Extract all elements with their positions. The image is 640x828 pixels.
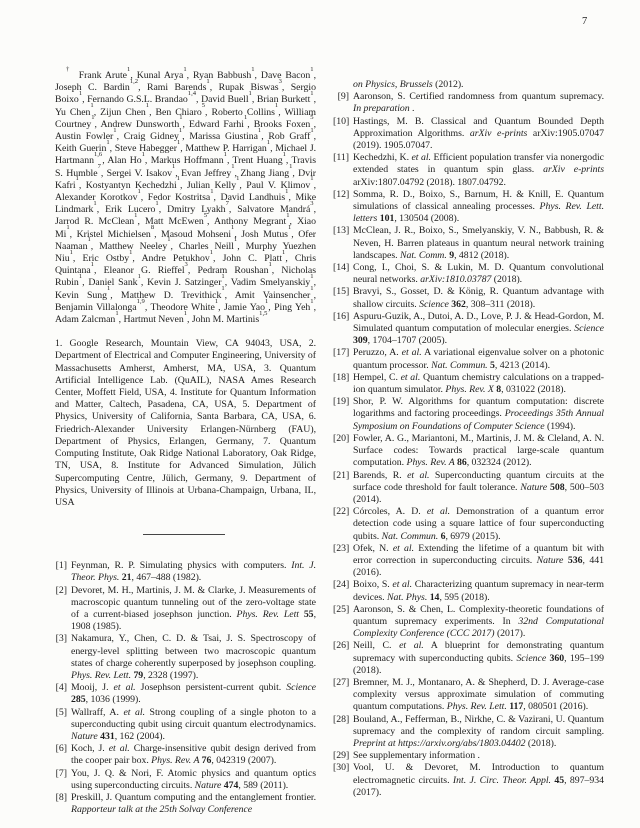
reference-label: [27] bbox=[333, 677, 349, 689]
italic-text: Phys. Rev. A bbox=[406, 457, 456, 468]
reference-label: [6] bbox=[51, 743, 67, 755]
reference-item: [4]Mooij, J. et al. Josephson persistent… bbox=[55, 682, 316, 706]
text: Aaronson, S. Certified randomness from q… bbox=[353, 91, 604, 102]
reference-label: [5] bbox=[51, 707, 67, 719]
text: arXiv:1807.04792 (2018). 1807.04792. bbox=[353, 177, 506, 188]
affiliation: 1. Google Research, Mountain View, CA 94… bbox=[55, 338, 309, 349]
author-affiliation-superscript: 1 bbox=[265, 298, 268, 305]
text: (2018). bbox=[491, 274, 522, 285]
author-affiliation-superscript: 1 bbox=[179, 127, 182, 134]
text: , 130504 (2008). bbox=[394, 213, 459, 224]
author: Sergei V. Isakov1, bbox=[107, 168, 181, 179]
author: Alexander Korotkov1, bbox=[55, 192, 148, 203]
author-affiliation-superscript: 1 bbox=[146, 102, 149, 109]
author-affiliation-superscript: 1 bbox=[310, 285, 313, 292]
italic-text: et al. bbox=[407, 470, 429, 481]
text: Peruzzo, A. bbox=[353, 347, 402, 358]
reference-item: [8]Preskill, J. Quantum computing and th… bbox=[55, 792, 316, 816]
text: Córcoles, A. D. bbox=[353, 506, 427, 517]
author-affiliation-superscript: 1 bbox=[283, 151, 286, 158]
author: Ping Yeh1, bbox=[274, 302, 316, 313]
reference-item: [11]Kechedzhi, K. et al. Efficient popul… bbox=[337, 152, 604, 189]
author-affiliation-superscript: 1 bbox=[310, 66, 313, 73]
author-affiliation-superscript: 1 bbox=[172, 163, 175, 170]
reference-item: [19]Shor, P. W. Algorithms for quantum c… bbox=[337, 396, 604, 433]
author: Vadim Smelyanskiy1, bbox=[231, 277, 316, 288]
italic-text: et al. bbox=[123, 707, 145, 718]
text: , 162 (2004). bbox=[115, 731, 165, 742]
reference-item: [25]Aaronson, S. & Chen, L. Complexity-t… bbox=[337, 604, 604, 641]
author: Brooks Foxen5, bbox=[254, 119, 316, 130]
italic-text: Science bbox=[574, 323, 604, 334]
author-affiliation-superscript: 1,4 bbox=[188, 90, 196, 97]
author-affiliation-superscript: 1 bbox=[288, 224, 291, 231]
reference-label: [19] bbox=[333, 396, 349, 408]
italic-text: arXiv e-prints bbox=[470, 128, 527, 139]
bold-text: 360 bbox=[550, 653, 565, 664]
author-affiliation-superscript: 1 bbox=[215, 298, 218, 305]
author-affiliation-superscript: 1,2 bbox=[130, 78, 138, 85]
text: , 080501 (2016). bbox=[523, 701, 588, 712]
reference-item: [23]Ofek, N. et al. Extending the lifeti… bbox=[337, 543, 604, 580]
text: , 595 (2018). bbox=[439, 592, 489, 603]
author: Rupak Biswas3, bbox=[219, 82, 291, 93]
author-affiliation-superscript: 1,5 bbox=[259, 310, 267, 317]
italic-text: et al. bbox=[399, 640, 424, 651]
author-affiliation-superscript: 3 bbox=[279, 78, 282, 85]
reference-label: [17] bbox=[333, 347, 349, 359]
reference-label: [2] bbox=[51, 585, 67, 597]
bold-text: 285 bbox=[71, 694, 86, 705]
author: John M. Martinis1,5 bbox=[192, 314, 268, 325]
author-affiliation-superscript: 1 bbox=[310, 175, 313, 182]
author-affiliation-superscript: 1 bbox=[282, 249, 285, 256]
reference-item: [6]Koch, J. et al. Charge-insensitive qu… bbox=[55, 743, 316, 767]
author: Roberto Collins1, bbox=[211, 107, 284, 118]
author-affiliation-superscript: 1 bbox=[286, 212, 289, 219]
author: Rob Graff1, bbox=[268, 131, 316, 142]
author: Brian Burkett1, bbox=[257, 94, 316, 105]
text: , 4812 (2018). bbox=[454, 250, 509, 261]
italic-text: Phys. Rev. Lett bbox=[237, 609, 304, 620]
author-affiliation-superscript: 1 bbox=[310, 90, 313, 97]
bold-text: 309 bbox=[353, 335, 368, 346]
author-affiliation-superscript: 1 bbox=[177, 139, 180, 146]
author-affiliation-superscript: 1 bbox=[87, 236, 90, 243]
author-affiliation-superscript: 1 bbox=[231, 224, 234, 231]
author-affiliation-superscript: 1 bbox=[138, 273, 141, 280]
author-affiliation-superscript: 1 bbox=[231, 163, 234, 170]
right-column: on Physics, Brussels (2012). [9]Aaronson… bbox=[337, 79, 604, 799]
italic-text: arXiv:1810.03787 bbox=[420, 274, 491, 285]
author-affiliation-superscript: 1 bbox=[107, 285, 110, 292]
author: Paul V. Klimov1, bbox=[246, 180, 316, 191]
bold-text: 101 bbox=[380, 213, 395, 224]
italic-text: Phys. Rev. Lett. bbox=[447, 701, 509, 712]
reference-item: [15]Bravyi, S., Gosset, D. & König, R. Q… bbox=[337, 286, 604, 310]
text: , 1704–1707 (2005). bbox=[368, 335, 447, 346]
italic-text: et al. bbox=[402, 347, 422, 358]
reference-label: [9] bbox=[333, 91, 349, 103]
author-affiliation-superscript: 1 bbox=[93, 200, 96, 207]
reference-label: [7] bbox=[51, 768, 67, 780]
italic-text: Phys. Rev. A bbox=[151, 755, 201, 766]
author-affiliation-superscript: 1 bbox=[236, 175, 239, 182]
bold-text: 508 bbox=[550, 482, 565, 493]
bold-text: 14 bbox=[430, 592, 440, 603]
author-list: † Frank Arute1, Kunal Arya1, Ryan Babbus… bbox=[55, 70, 316, 326]
bold-text: 79 bbox=[133, 670, 143, 681]
author-affiliation-superscript: 1 bbox=[76, 175, 79, 182]
author-affiliation-superscript: 1 bbox=[310, 273, 313, 280]
reference-label: [25] bbox=[333, 604, 349, 616]
reference-label: [23] bbox=[333, 543, 349, 555]
author-affiliation-superscript: 1 bbox=[115, 310, 118, 317]
author-affiliation-superscript: 7 bbox=[226, 200, 229, 207]
text: (1994). bbox=[545, 421, 576, 432]
reference-item: [24]Boixo, S. et al. Characterizing quan… bbox=[337, 579, 604, 603]
paper-page: { "page": { "number": "7" }, "authors": … bbox=[0, 0, 640, 828]
author: Zijun Chen1, bbox=[100, 107, 155, 118]
author-affiliation-superscript: 1 bbox=[234, 236, 237, 243]
text: , 042319 (2007). bbox=[211, 755, 276, 766]
reference-label: [30] bbox=[333, 762, 349, 774]
author-affiliation-superscript: 1 bbox=[221, 285, 224, 292]
author: Matt McEwen5, bbox=[145, 216, 214, 227]
author-affiliation-superscript: 1 bbox=[70, 249, 73, 256]
italic-text: Nat. Commun. bbox=[382, 531, 441, 542]
italic-text: Science bbox=[419, 299, 451, 310]
reference-label: [13] bbox=[333, 225, 349, 237]
reference-label: [3] bbox=[51, 633, 67, 645]
text: , 2328 (1997). bbox=[143, 670, 198, 681]
author: Matthew Neeley1, bbox=[99, 241, 179, 252]
author: Benjamin Villalonga1,9, bbox=[55, 302, 150, 313]
italic-text: Rapporteur talk at the 25th Solvay Confe… bbox=[71, 804, 252, 815]
author-affiliation-superscript: 1 bbox=[155, 200, 158, 207]
author-affiliation-superscript: 1 bbox=[129, 249, 132, 256]
reference-label: [29] bbox=[333, 750, 349, 762]
author: Markus Hoffmann1, bbox=[151, 155, 233, 166]
text: , 4213 (2014). bbox=[495, 360, 550, 371]
author-affiliation-superscript: 1 bbox=[66, 224, 69, 231]
reference-label: [22] bbox=[333, 506, 349, 518]
text: Neill, C. bbox=[353, 640, 399, 651]
author-affiliation-superscript: 1 bbox=[137, 188, 140, 195]
reference-label: [11] bbox=[333, 152, 349, 164]
author-affiliation-superscript: 1,6 bbox=[94, 151, 102, 158]
reference-item: [29]See supplementary information . bbox=[337, 750, 604, 762]
author-affiliation-superscript: 1 bbox=[79, 90, 82, 97]
author: Amit Vainsencher1, bbox=[235, 290, 316, 301]
italic-text: et al. bbox=[401, 372, 421, 383]
references-left: [1]Feynman, R. P. Simulating physics wit… bbox=[55, 560, 316, 816]
author: Dave Bacon1, bbox=[261, 70, 316, 81]
reference-label: [18] bbox=[333, 372, 349, 384]
reference-item: [13]McClean, J. R., Boixo, S., Smelyansk… bbox=[337, 225, 604, 262]
author: David Buell1, bbox=[201, 94, 257, 105]
author: Fernando G.S.L. Brandao1,4, bbox=[87, 94, 201, 105]
author-affiliation-superscript: 1 bbox=[127, 66, 130, 73]
italic-text: et al. bbox=[392, 579, 412, 590]
text: Koch, J. bbox=[71, 743, 109, 754]
italic-text: et al. bbox=[427, 506, 450, 517]
italic-text: Science bbox=[286, 682, 316, 693]
bold-text: 76 bbox=[202, 755, 212, 766]
author-affiliation-superscript: 1 bbox=[167, 236, 170, 243]
author: Trent Huang1, bbox=[233, 155, 292, 166]
text: , 308–311 (2018). bbox=[466, 299, 535, 310]
reference-item: [22]Córcoles, A. D. et al. Demonstration… bbox=[337, 506, 604, 543]
author-affiliation-superscript: 1 bbox=[251, 66, 254, 73]
author-affiliation-superscript: 1 bbox=[134, 212, 137, 219]
author: Pedram Roushan1, bbox=[197, 265, 281, 276]
text: . bbox=[410, 103, 415, 114]
bold-text: 362 bbox=[451, 299, 466, 310]
footnote-divider bbox=[143, 534, 225, 535]
reference-label: [10] bbox=[333, 116, 349, 128]
text: Kechedzhi, K. bbox=[353, 152, 411, 163]
author-affiliation-superscript: 1 bbox=[90, 102, 93, 109]
author: David Landhuis1, bbox=[221, 192, 296, 203]
author: John C. Platt1, bbox=[223, 253, 295, 264]
author-affiliation-superscript: 1 bbox=[210, 249, 213, 256]
reference-label: [15] bbox=[333, 286, 349, 298]
author-affiliation-superscript: 1 bbox=[184, 310, 187, 317]
references-right: [9]Aaronson, S. Certified randomness fro… bbox=[337, 91, 604, 799]
author: Matthew P. Harrigan1, bbox=[185, 143, 275, 154]
author-affiliation-superscript: 1 bbox=[221, 273, 224, 280]
author: Andre Petukhov1, bbox=[141, 253, 222, 264]
author-affiliation-superscript: 5 bbox=[310, 114, 313, 121]
author-affiliation-superscript: 1 bbox=[142, 151, 145, 158]
italic-text: on Physics, Brussels bbox=[353, 79, 433, 90]
author-affiliation-superscript: 1 bbox=[113, 127, 116, 134]
text: See supplementary information . bbox=[353, 750, 480, 761]
reference-label: [26] bbox=[333, 640, 349, 652]
reference-item: [12]Somma, R. D., Boixo, S., Barnum, H. … bbox=[337, 189, 604, 226]
text: (2017). bbox=[495, 628, 526, 639]
author: Keith Guerin1, bbox=[55, 143, 115, 154]
author-affiliation-superscript: 5 bbox=[202, 102, 205, 109]
author-affiliation-superscript: 3 bbox=[310, 200, 313, 207]
bold-text: 536 bbox=[568, 555, 583, 566]
author: Eleanor G. Rieffel3, bbox=[104, 265, 198, 276]
text: Feynman, R. P. Simulating physics with c… bbox=[71, 560, 291, 571]
author-affiliation-superscript: 1 bbox=[91, 261, 94, 268]
reference-label: [28] bbox=[333, 714, 349, 726]
italic-text: et al. bbox=[109, 743, 130, 754]
text: Boixo, S. bbox=[353, 579, 392, 590]
author-affiliation-superscript: 8 bbox=[151, 224, 154, 231]
text: Preskill, J. Quantum computing and the e… bbox=[71, 792, 316, 803]
author: Kevin Sung1, bbox=[55, 290, 121, 301]
reference-label: [16] bbox=[333, 311, 349, 323]
dagger-symbol: † bbox=[66, 66, 71, 73]
author: Evan Jeffrey1, bbox=[181, 168, 240, 179]
author: Joseph C. Bardin1,2, bbox=[55, 82, 147, 93]
bold-text: 431 bbox=[100, 731, 115, 742]
italic-text: Science bbox=[516, 653, 549, 664]
text: (2012). bbox=[433, 79, 464, 90]
text: Nakamura, Y., Chen, C. D. & Tsai, J. S. … bbox=[71, 633, 316, 668]
italic-text: et al. bbox=[114, 682, 136, 693]
italic-text: In preparation bbox=[353, 103, 410, 114]
italic-text: Nat. Comm. bbox=[400, 250, 449, 261]
affiliation-list: 1. Google Research, Mountain View, CA 94… bbox=[55, 338, 316, 509]
reference-continuation: on Physics, Brussels (2012). bbox=[337, 79, 604, 91]
reference-item: [18]Hempel, C. et al. Quantum chemistry … bbox=[337, 372, 604, 396]
text: Ofek, N. bbox=[353, 543, 393, 554]
reference-item: [27]Bremner, M. J., Montanaro, A. & Shep… bbox=[337, 677, 604, 714]
author-affiliation-superscript: 1 bbox=[244, 114, 247, 121]
bold-text: 45 bbox=[554, 775, 564, 786]
reference-label: [12] bbox=[333, 189, 349, 201]
author: Daniel Sank1, bbox=[88, 277, 147, 288]
text: Hempel, C. bbox=[353, 372, 401, 383]
reference-item: [17]Peruzzo, A. et al. A variational eig… bbox=[337, 347, 604, 371]
text: , 031022 (2018). bbox=[501, 384, 566, 395]
bold-text: 474 bbox=[224, 780, 239, 791]
bold-text: 55 bbox=[304, 609, 314, 620]
author: Ryan Babbush1, bbox=[193, 70, 261, 81]
author-affiliation-superscript: 1 bbox=[249, 90, 252, 97]
author-affiliation-superscript: 1 bbox=[79, 273, 82, 280]
author: Austin Fowler1, bbox=[55, 131, 124, 142]
author-affiliation-superscript: 1 bbox=[285, 188, 288, 195]
author: Josh Mutus1, bbox=[241, 229, 298, 240]
reference-label: [8] bbox=[51, 792, 67, 804]
text: Barends, R. bbox=[353, 470, 407, 481]
text: , 467–488 (1982). bbox=[132, 572, 202, 583]
author: Hartmut Neven1, bbox=[123, 314, 191, 325]
author: Theodore White1, bbox=[150, 302, 223, 313]
author-affiliation-superscript: 7 bbox=[98, 163, 101, 170]
italic-text: Nature bbox=[71, 731, 100, 742]
text: (2018). bbox=[525, 738, 556, 749]
text: Josephson persistent-current qubit. bbox=[136, 682, 287, 693]
author-affiliation-superscript: 1 bbox=[179, 114, 182, 121]
italic-text: Nat. Commun. bbox=[431, 360, 490, 371]
italic-text: arXiv e-prints bbox=[543, 164, 604, 175]
text: Wallraff, A. bbox=[71, 707, 123, 718]
italic-text: Int. J. Circ. Theor. Appl. bbox=[453, 775, 554, 786]
reference-label: [1] bbox=[51, 560, 67, 572]
author-affiliation-superscript: 1 bbox=[106, 139, 109, 146]
author-affiliation-superscript: 5 bbox=[204, 212, 207, 219]
author-affiliation-superscript: 1 bbox=[177, 175, 180, 182]
author: Julian Kelly1, bbox=[187, 180, 246, 191]
author: Ben Chiaro5, bbox=[156, 107, 212, 118]
author: Zhang Jiang1, bbox=[240, 168, 298, 179]
author: Alan Ho1, bbox=[107, 155, 150, 166]
reference-item: [1]Feynman, R. P. Simulating physics wit… bbox=[55, 560, 316, 584]
author-affiliation-superscript: 1 bbox=[268, 261, 271, 268]
author-affiliation-superscript: 1 bbox=[183, 66, 186, 73]
author: Rami Barends1, bbox=[147, 82, 219, 93]
reference-item: [26]Neill, C. et al. A blueprint for dem… bbox=[337, 640, 604, 677]
author: Anthony Megrant1, bbox=[214, 216, 297, 227]
reference-label: [14] bbox=[333, 262, 349, 274]
reference-item: [30]Vool, U. & Devoret, M. Introduction … bbox=[337, 762, 604, 799]
reference-item: [21]Barends, R. et al. Superconducting q… bbox=[337, 470, 604, 507]
author-affiliation-superscript: 1 bbox=[224, 151, 227, 158]
reference-item: [10]Hastings, M. B. Classical and Quantu… bbox=[337, 116, 604, 153]
author-affiliation-superscript: 1 bbox=[310, 298, 313, 305]
bold-text: 21 bbox=[122, 572, 132, 583]
author-affiliation-superscript: 1 bbox=[267, 139, 270, 146]
italic-text: et al. bbox=[393, 543, 414, 554]
italic-text: Nat. Phys. bbox=[387, 592, 430, 603]
reference-label: [21] bbox=[333, 470, 349, 482]
reference-item: [14]Cong, I., Choi, S. & Lukin, M. D. Qu… bbox=[337, 262, 604, 286]
reference-item: [20]Fowler, A. G., Mariantoni, M., Marti… bbox=[337, 433, 604, 470]
italic-text: Nature bbox=[195, 780, 224, 791]
left-column: † Frank Arute1, Kunal Arya1, Ryan Babbus… bbox=[55, 70, 316, 816]
bold-text: 86 bbox=[457, 457, 467, 468]
reference-label: [20] bbox=[333, 433, 349, 445]
author-affiliation-superscript: 1,9 bbox=[137, 298, 145, 305]
text: Mooij, J. bbox=[71, 682, 114, 693]
italic-text: et al. bbox=[411, 152, 430, 163]
text: , 589 (2011). bbox=[238, 780, 288, 791]
italic-text: Nature bbox=[537, 555, 568, 566]
page-number: 7 bbox=[582, 16, 587, 27]
text: , 032324 (2012). bbox=[467, 457, 532, 468]
author-affiliation-superscript: 1 bbox=[91, 114, 94, 121]
author: Adam Zalcman1, bbox=[55, 314, 123, 325]
author: Kunal Arya1, bbox=[137, 70, 193, 81]
author-affiliation-superscript: 1 bbox=[258, 127, 261, 134]
author-affiliation-superscript: 1 bbox=[206, 78, 209, 85]
italic-text: Nature bbox=[520, 482, 550, 493]
reference-label: [4] bbox=[51, 682, 67, 694]
author-affiliation-superscript: 1 bbox=[289, 163, 292, 170]
italic-text: Phys. Rev. Lett. bbox=[71, 670, 133, 681]
reference-item: [28]Bouland, A., Fefferman, B., Nirkhe, … bbox=[337, 714, 604, 751]
author: Kevin J. Satzinger1, bbox=[147, 277, 231, 288]
italic-text: Phys. Rev. X bbox=[445, 384, 496, 395]
text: , 6979 (2015). bbox=[445, 531, 500, 542]
author: Edward Farhi1, bbox=[189, 119, 254, 130]
bold-text: 117 bbox=[509, 701, 523, 712]
author-affiliation-superscript: 1 bbox=[210, 188, 213, 195]
author: Masoud Mohseni1, bbox=[161, 229, 241, 240]
reference-item: [3]Nakamura, Y., Chen, C. D. & Tsai, J. … bbox=[55, 633, 316, 682]
author-affiliation-superscript: 1 bbox=[275, 102, 278, 109]
text: Bouland, A., Fefferman, B., Nirkhe, C. &… bbox=[353, 714, 604, 737]
italic-text: Preprint at https://arxiv.org/abs/1803.0… bbox=[353, 738, 525, 749]
author: Steve Habegger1, bbox=[115, 143, 186, 154]
reference-item: [5]Wallraff, A. et al. Strong coupling o… bbox=[55, 707, 316, 744]
author-affiliation-superscript: 1 bbox=[310, 127, 313, 134]
author: Frank Arute1, bbox=[79, 70, 137, 81]
reference-item: [9]Aaronson, S. Certified randomness fro… bbox=[337, 91, 604, 115]
author: Salvatore Mandrá3, bbox=[237, 204, 316, 215]
reference-item: [7]You, J. Q. & Nori, F. Atomic physics … bbox=[55, 768, 316, 792]
author: Dmitry Lyakh7, bbox=[167, 204, 237, 215]
reference-item: [16]Aspuru-Guzik, A., Dutoi, A. D., Love… bbox=[337, 311, 604, 348]
author: Marissa Giustina1, bbox=[189, 131, 268, 142]
text: , 1036 (1999). bbox=[86, 694, 141, 705]
text: Aspuru-Guzik, A., Dutoi, A. D., Love, P.… bbox=[353, 311, 604, 334]
author-affiliation-superscript: 3 bbox=[185, 261, 188, 268]
reference-item: [2]Devoret, M. H., Martinis, J. M. & Cla… bbox=[55, 585, 316, 634]
reference-label: [24] bbox=[333, 579, 349, 591]
